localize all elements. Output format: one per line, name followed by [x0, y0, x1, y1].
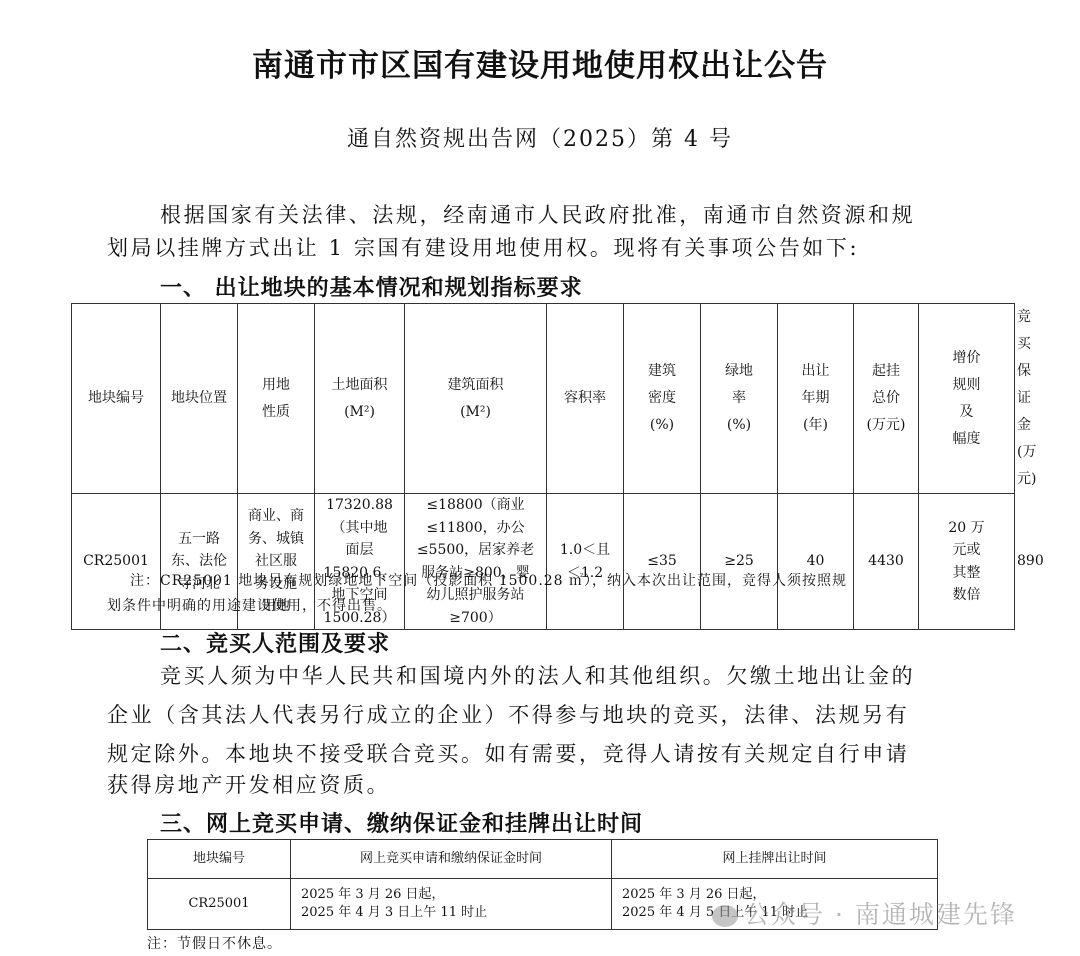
- data-cell: ≥25: [701, 494, 778, 630]
- data-cell: 4430: [854, 494, 919, 630]
- cell-line: 面层: [317, 539, 402, 562]
- note-1-line-2: 划条件中明确的用途建设使用，不得出售。: [107, 594, 392, 619]
- header-cell: 用地性质: [238, 304, 315, 494]
- parcel-id-cell: CR25001: [148, 879, 291, 930]
- cell-line: 4430: [856, 550, 916, 573]
- section-2-heading: 二、竞买人范围及要求: [160, 627, 390, 658]
- header-cell: 起挂总价(万元): [854, 304, 919, 494]
- header-line: 容积率: [549, 385, 621, 412]
- header-line: 增价: [921, 345, 1012, 372]
- header-cell: 绿地率(%): [701, 304, 778, 494]
- header-line: (M²): [317, 399, 402, 426]
- cell-line: 商业、商: [240, 505, 312, 528]
- wechat-icon: [712, 905, 738, 927]
- header-line: 绿地: [703, 358, 775, 385]
- cell-line: 务、城镇: [240, 528, 312, 551]
- header-cell: 地块位置: [161, 304, 238, 494]
- header-cell: 出让年期(年): [778, 304, 854, 494]
- header-cell: 增价规则及幅度: [919, 304, 1015, 494]
- data-cell: ≤35: [624, 494, 701, 630]
- header-line: 总价: [856, 385, 916, 412]
- header-line: 出让: [780, 358, 851, 385]
- cell-line: （其中地: [317, 517, 402, 540]
- cell-line: 五一路: [163, 528, 235, 551]
- header-line: 规则: [921, 372, 1012, 399]
- data-cell: 1.0＜且＜1.2: [547, 494, 624, 630]
- cell-line: 元或: [921, 539, 1012, 562]
- header-line: 建筑面积: [407, 372, 544, 399]
- cell-line: ≤18800（商业: [407, 494, 544, 517]
- data-cell: 40: [778, 494, 854, 630]
- header-line: (%): [703, 412, 775, 439]
- header-line: 年期: [780, 385, 851, 412]
- cell-line: 其整: [921, 562, 1012, 585]
- cell-line: 1.0＜且: [549, 539, 621, 562]
- cell-line: ≥700）: [407, 607, 544, 630]
- header-line: 建筑: [626, 358, 698, 385]
- watermark-text: 公众号 · 南通城建先锋: [744, 900, 1017, 929]
- note-2: 注：节假日不休息。: [147, 932, 282, 956]
- data-cell: ≤18800（商业≤11800，办公≤5500，居家养老服务站≥800，婴幼儿照…: [405, 494, 547, 630]
- header-line: 及: [921, 399, 1012, 426]
- cell-line: 数倍: [921, 584, 1012, 607]
- section-2-line-4: 获得房地产开发相应资质。: [107, 769, 390, 802]
- cell-line: 17320.88: [317, 494, 402, 517]
- section-2-line-1: 竞买人须为中华人民共和国境内外的法人和其他组织。欠缴土地出让金的: [160, 660, 915, 693]
- note-1-line-1: 注：CR25001 地块另有规划绿地地下空间（投影面积 1500.28 ㎡），纳…: [130, 569, 847, 594]
- section-2-line-2: 企业（含其法人代表另行成立的企业）不得参与地块的竞买，法律、法规另有: [107, 699, 909, 732]
- header-line: (M²): [407, 399, 544, 426]
- header-line: (万元): [856, 412, 916, 439]
- section-3-heading: 三、网上竞买申请、缴纳保证金和挂牌出让时间: [160, 807, 643, 838]
- watermark: 公众号 · 南通城建先锋: [712, 895, 1017, 931]
- intro-line-2: 划局以挂牌方式出让 1 宗国有建设用地使用权。现将有关事项公告如下:: [107, 232, 859, 265]
- header-line: 性质: [240, 399, 312, 426]
- header-cell: 建筑密度(%): [624, 304, 701, 494]
- header-line: 地块编号: [74, 385, 158, 412]
- page-title: 南通市市区国有建设用地使用权出让公告: [0, 40, 1080, 85]
- header-line: (%): [626, 412, 698, 439]
- header-cell: 建筑面积(M²): [405, 304, 547, 494]
- header-cell: 土地面积(M²): [315, 304, 405, 494]
- header-cell: 地块编号: [72, 304, 161, 494]
- header-line: 率: [703, 385, 775, 412]
- header-line: 起挂: [856, 358, 916, 385]
- header-cell: 容积率: [547, 304, 624, 494]
- apply-time-cell: 2025 年 3 月 26 日起， 2025 年 4 月 3 日上午 11 时止: [291, 879, 612, 930]
- cell-line: ≤5500，居家养老: [407, 539, 544, 562]
- header-line: 用地: [240, 372, 312, 399]
- header-line: 密度: [626, 385, 698, 412]
- cell-line: ≤11800，办公: [407, 517, 544, 540]
- data-cell: 20 万元或其整数倍: [919, 494, 1015, 630]
- cell-line: 20 万: [921, 517, 1012, 540]
- header-listing-time: 网上挂牌出让时间: [612, 840, 938, 879]
- intro-line-1: 根据国家有关法律、法规，经南通市人民政府批准，南通市自然资源和规: [160, 199, 915, 232]
- section-1-heading: 一、 出让地块的基本情况和规划指标要求: [160, 271, 583, 302]
- table-header-row: 地块编号 网上竞买申请和缴纳保证金时间 网上挂牌出让时间: [148, 840, 938, 879]
- header-apply-time: 网上竞买申请和缴纳保证金时间: [291, 840, 612, 879]
- header-line: 地块位置: [163, 385, 235, 412]
- header-line: (年): [780, 412, 851, 439]
- header-line: 土地面积: [317, 372, 402, 399]
- header-line: 幅度: [921, 426, 1012, 453]
- document-number: 通自然资规出告网（2025）第 4 号: [0, 122, 1080, 153]
- apply-end: 2025 年 4 月 3 日上午 11 时止: [301, 904, 609, 922]
- apply-start: 2025 年 3 月 26 日起，: [301, 886, 609, 904]
- table-header-row: 地块编号地块位置用地性质土地面积(M²)建筑面积(M²)容积率建筑密度(%)绿地…: [72, 304, 1015, 494]
- header-parcel-id: 地块编号: [148, 840, 291, 879]
- section-2-line-3: 规定除外。本地块不接受联合竞买。如有需要，竞得人请按有关规定自行申请: [107, 738, 909, 771]
